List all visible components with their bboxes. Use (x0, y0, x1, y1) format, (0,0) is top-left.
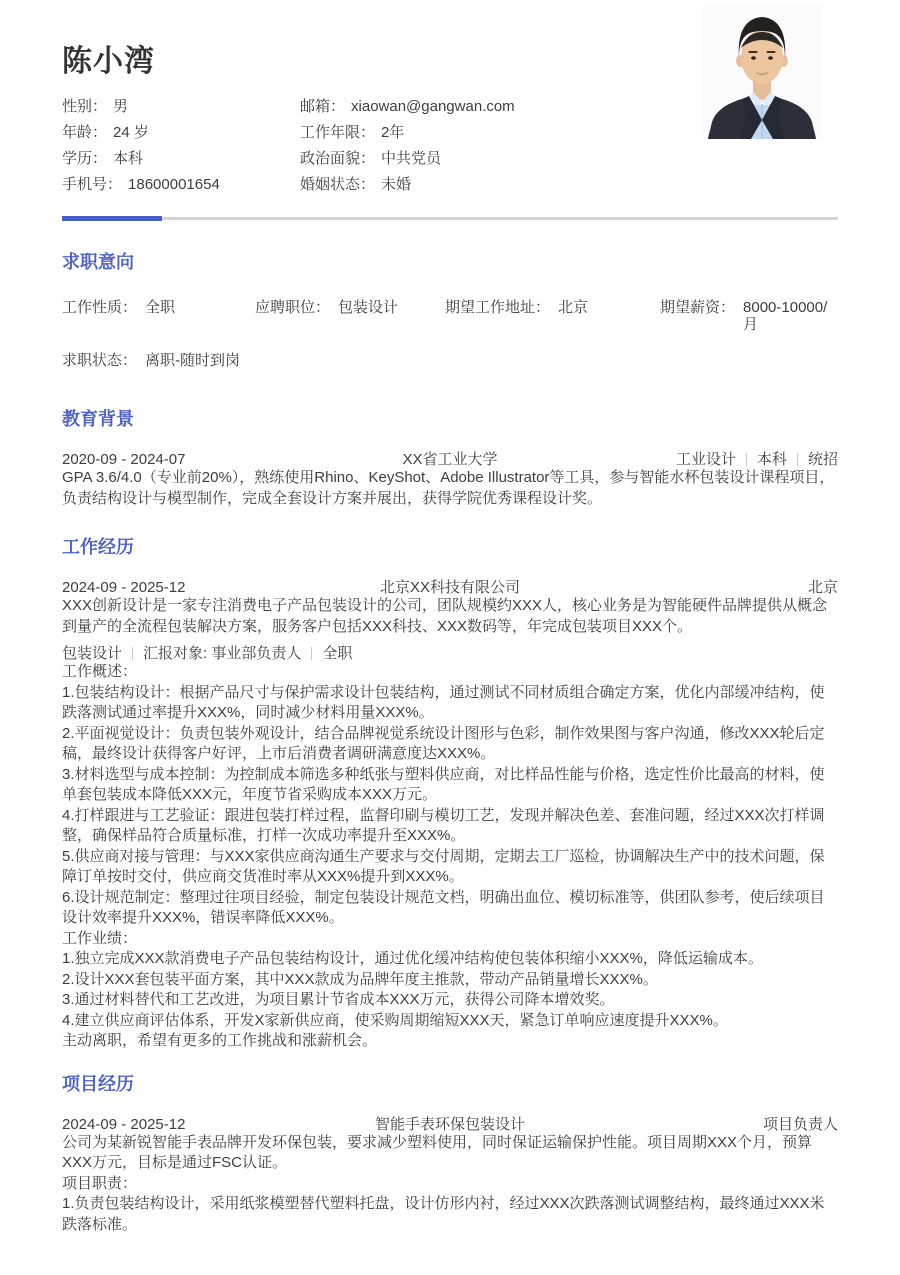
field-location: 期望工作地址： 北京 (445, 299, 660, 333)
work-location: 北京 (520, 579, 838, 596)
field-label: 期望工作地址： (445, 299, 550, 333)
resume-page: 陈小湾 性别： 男 年龄： 24 岁 学历： 本科 手机号： 186000016… (0, 0, 900, 1235)
info-value: 本科 (113, 150, 143, 167)
separator (746, 453, 747, 466)
profile-photo-illustration (702, 4, 822, 139)
education-major: 工业设计 (676, 451, 736, 468)
section-project-experience: 项目经历 2024-09 - 2025-12 智能手表环保包装设计 项目负责人 … (62, 1074, 838, 1236)
field-label: 应聘职位： (255, 299, 330, 333)
job-intent-fields-row2: 求职状态： 离职-随时到岗 (62, 352, 838, 369)
info-row-phone: 手机号： 18600001654 (62, 176, 300, 193)
work-employment-type: 全职 (322, 645, 352, 662)
field-job-status: 求职状态： 离职-随时到岗 (62, 352, 838, 369)
info-row-email: 邮箱： xiaowan@gangwan.com (300, 98, 515, 115)
work-company: 北京XX科技有限公司 (380, 579, 520, 596)
info-value: 未婚 (381, 176, 411, 193)
info-label: 政治面貌： (300, 150, 375, 167)
header-divider (62, 216, 838, 221)
info-label: 婚姻状态： (300, 176, 375, 193)
work-achievement-label: 工作业绩： (62, 929, 838, 950)
field-salary: 期望薪资： 8000-10000/月 (660, 299, 838, 333)
separator (797, 453, 798, 466)
work-overview-item: 1.包装结构设计：根据产品尺寸与保护需求设计包装结构，通过测试不同材质组合确定方… (62, 683, 838, 724)
info-row-age: 年龄： 24 岁 (62, 124, 300, 141)
work-role-line: 包装设计 汇报对象: 事业部负责人 全职 (62, 645, 838, 662)
info-value: 中共党员 (381, 150, 441, 167)
info-row-political-status: 政治面貌： 中共党员 (300, 150, 515, 167)
field-value: 包装设计 (338, 299, 398, 333)
section-title-education: 教育背景 (62, 409, 838, 429)
field-job-type: 工作性质： 全职 (62, 299, 255, 333)
work-date: 2024-09 - 2025-12 (62, 579, 380, 596)
info-label: 学历： (62, 150, 107, 167)
info-label: 性别： (62, 98, 107, 115)
info-value: 24 岁 (113, 124, 149, 141)
info-value: xiaowan@gangwan.com (351, 98, 515, 115)
project-duty-item: 1.负责包装结构设计，采用纸浆模塑替代塑料托盘，设计仿形内衬，经过XXX次跌落测… (62, 1194, 838, 1235)
divider-gray-bar (62, 217, 838, 220)
separator (311, 647, 312, 660)
work-overview-item: 5.供应商对接与管理：与XXX家供应商沟通生产要求与交付周期，定期去工厂巡检，协… (62, 847, 838, 888)
field-value: 8000-10000/月 (743, 299, 838, 333)
work-entry-row: 2024-09 - 2025-12 北京XX科技有限公司 北京 (62, 579, 838, 596)
job-intent-fields-row1: 工作性质： 全职 应聘职位： 包装设计 期望工作地址： 北京 期望薪资： 800… (62, 299, 838, 333)
education-tags: 工业设计 本科 统招 (498, 451, 839, 468)
education-school: XX省工业大学 (402, 451, 497, 468)
work-achievement-item: 3.通过材料替代和工艺改进，为项目累计节省成本XXX万元，获得公司降本增效奖。 (62, 990, 838, 1011)
work-achievement-item: 2.设计XXX套包装平面方案，其中XXX款成为品牌年度主推款，带动产品销量增长X… (62, 970, 838, 991)
work-company-description: XXX创新设计是一家专注消费电子产品包装设计的公司，团队规模约XXX人，核心业务… (62, 596, 838, 637)
info-value: 2年 (381, 124, 404, 141)
personal-info-right: 邮箱： xiaowan@gangwan.com 工作年限： 2年 政治面貌： 中… (300, 98, 515, 202)
section-work-experience: 工作经历 2024-09 - 2025-12 北京XX科技有限公司 北京 XXX… (62, 537, 838, 1052)
section-title-job-intent: 求职意向 (62, 252, 838, 272)
field-value: 全职 (145, 299, 175, 333)
info-row-gender: 性别： 男 (62, 98, 300, 115)
project-name: 智能手表环保包装设计 (375, 1116, 525, 1133)
education-date: 2020-09 - 2024-07 (62, 451, 402, 468)
field-label: 工作性质： (62, 299, 137, 333)
work-overview-label: 工作概述： (62, 662, 838, 683)
section-title-project: 项目经历 (62, 1074, 838, 1094)
section-title-work: 工作经历 (62, 537, 838, 557)
info-value: 18600001654 (128, 176, 220, 193)
info-row-marital-status: 婚姻状态： 未婚 (300, 176, 515, 193)
info-label: 邮箱： (300, 98, 345, 115)
separator (132, 647, 133, 660)
profile-photo (702, 4, 822, 139)
project-date: 2024-09 - 2025-12 (62, 1116, 375, 1133)
work-overview-item: 2.平面视觉设计：负责包装外观设计，结合品牌视觉系统设计图形与色彩，制作效果图与… (62, 724, 838, 765)
info-row-experience-years: 工作年限： 2年 (300, 124, 515, 141)
project-duty-label: 项目职责： (62, 1174, 838, 1195)
field-label: 求职状态： (62, 352, 137, 369)
resume-header: 陈小湾 性别： 男 年龄： 24 岁 学历： 本科 手机号： 186000016… (62, 0, 838, 202)
work-role-title: 包装设计 (62, 645, 122, 662)
info-label: 手机号： (62, 176, 122, 193)
work-achievement-item: 1.独立完成XXX款消费电子产品包装结构设计，通过优化缓冲结构使包装体积缩小XX… (62, 949, 838, 970)
project-description: 公司为某新锐智能手表品牌开发环保包装，要求减少塑料使用，同时保证运输保护性能。项… (62, 1133, 838, 1174)
field-value: 离职-随时到岗 (145, 352, 240, 369)
work-overview-item: 6.设计规范制定：整理过往项目经验，制定包装设计规范文档，明确出血位、模切标准等… (62, 888, 838, 929)
work-report-to: 汇报对象: 事业部负责人 (143, 645, 301, 662)
education-entry-row: 2020-09 - 2024-07 XX省工业大学 工业设计 本科 统招 (62, 451, 838, 468)
work-achievement-item: 4.建立供应商评估体系，开发X家新供应商，使采购周期缩短XXX天，紧急订单响应速… (62, 1011, 838, 1032)
info-label: 工作年限： (300, 124, 375, 141)
field-value: 北京 (558, 299, 588, 333)
divider-accent-bar (62, 216, 162, 221)
education-degree: 本科 (757, 451, 787, 468)
info-label: 年龄： (62, 124, 107, 141)
field-label: 期望薪资： (660, 299, 735, 333)
field-position: 应聘职位： 包装设计 (255, 299, 445, 333)
work-overview-item: 3.材料选型与成本控制：为控制成本筛选多种纸张与塑料供应商，对比样品性能与价格，… (62, 765, 838, 806)
personal-info-left: 性别： 男 年龄： 24 岁 学历： 本科 手机号： 18600001654 (62, 98, 300, 202)
project-role: 项目负责人 (525, 1116, 838, 1133)
info-row-degree: 学历： 本科 (62, 150, 300, 167)
work-overview-item: 4.打样跟进与工艺验证：跟进包装打样过程，监督印刷与模切工艺，发现并解决色差、套… (62, 806, 838, 847)
info-value: 男 (113, 98, 128, 115)
section-education: 教育背景 2020-09 - 2024-07 XX省工业大学 工业设计 本科 统… (62, 409, 838, 509)
work-leave-reason: 主动离职，希望有更多的工作挑战和涨薪机会。 (62, 1031, 838, 1052)
education-enrollment-type: 统招 (808, 451, 838, 468)
project-entry-row: 2024-09 - 2025-12 智能手表环保包装设计 项目负责人 (62, 1116, 838, 1133)
education-description: GPA 3.6/4.0（专业前20%），熟练使用Rhino、KeyShot、Ad… (62, 468, 838, 509)
section-job-intent: 求职意向 工作性质： 全职 应聘职位： 包装设计 期望工作地址： 北京 期望薪资… (62, 252, 838, 369)
